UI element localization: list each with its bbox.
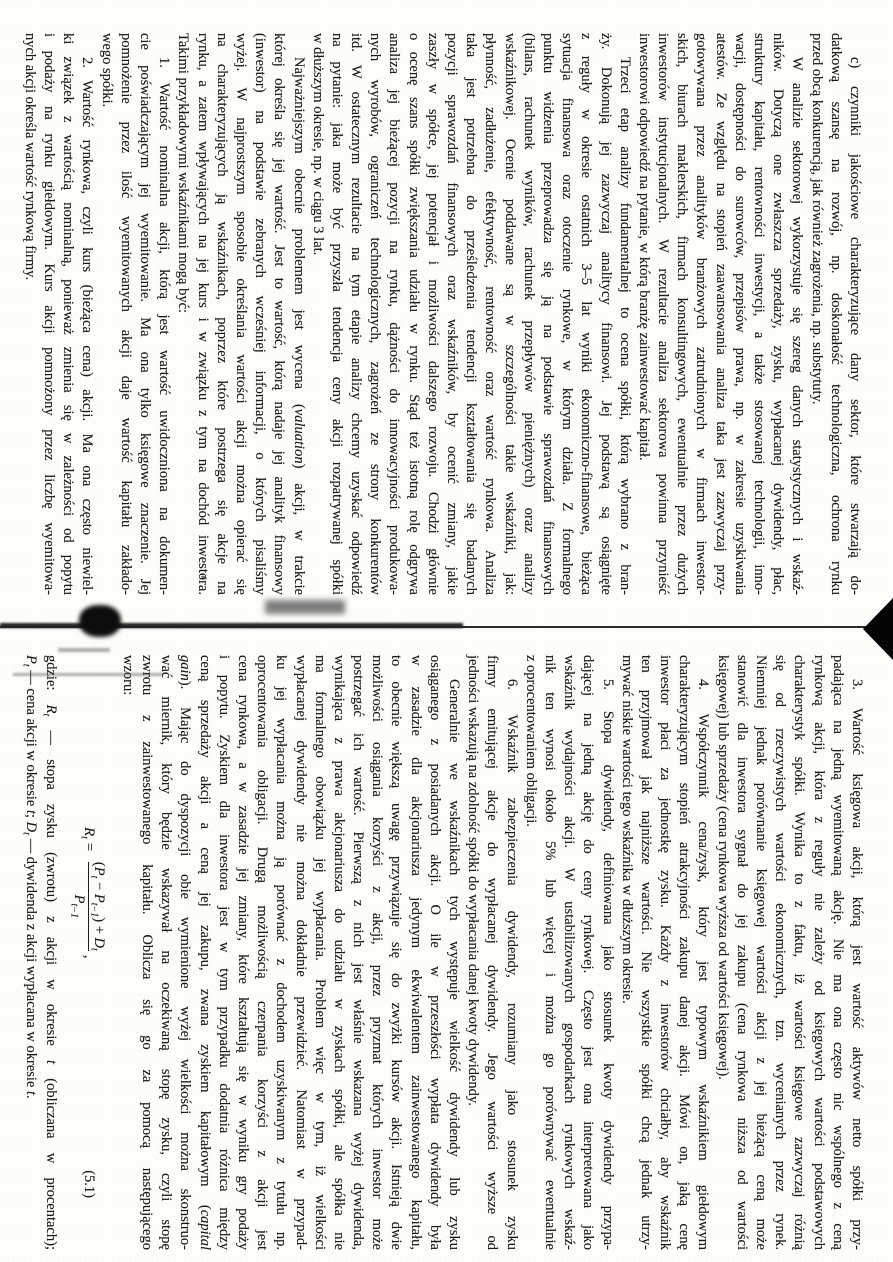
text-segment: 2. Wartość rynkowa, czyli kurs (bieżąca … — [80, 57, 96, 595]
text-segment: wskaźnik wydajności akcji. W ustabilizow… — [561, 655, 577, 1250]
text-segment: − — [91, 878, 107, 893]
text-line: z reguły w okresie ostatnich 3–5 lat wyn… — [576, 33, 595, 595]
text-line: oprocentowania obligacji. Drugą możliwoś… — [252, 655, 271, 1250]
spine-line-thick-segment — [0, 623, 463, 628]
text-line: 1. Wartość nominalna akcji, którą jest w… — [154, 33, 173, 595]
italic-text: t−1 — [69, 904, 80, 919]
text-line: ników. Dotyczą one zwłaszcza sprzedaży, … — [768, 33, 787, 595]
text-segment: jedności wskazują na zdolność spółki do … — [465, 655, 481, 1106]
text-line: inwestorów instytucjonalnych. W rezultac… — [653, 33, 672, 595]
text-segment: — dywidenda z akcji wypłacana w okresie — [24, 835, 40, 1091]
text-line: wypłacanej dywidendy nie można dokładnie… — [290, 655, 309, 1250]
text-line: cena rynkowa, a w zasadzie jej zmiany, k… — [233, 655, 252, 1250]
text-line: rynkową akcji, która z reguły nie zależy… — [808, 655, 827, 1250]
text-segment: taka jest potrzebna do prześledzenia ten… — [463, 33, 479, 595]
text-line: wskaźnikowej. Ocenie poddawane są w szcz… — [499, 33, 518, 595]
text-segment: W analizie sektorowej wykorzystuje się s… — [789, 57, 805, 595]
text-segment: ki związek z wartością nominalną, poniew… — [60, 33, 76, 595]
text-line: itd. W ostatecznym rezultacie na tym eta… — [346, 33, 365, 595]
text-segment: to obecnie większą uwagę przywiązuje się… — [389, 655, 405, 1250]
text-line: osiąganego z posiadanych akcji. O ile w … — [425, 655, 444, 1250]
text-line: się od rzeczywistych wartości ekonomiczn… — [770, 655, 789, 1250]
text-line: gdzie: Rt — stopa zysku (zwrotu) z akcji… — [41, 655, 60, 1250]
text-segment: z reguły w okresie ostatnich 3–5 lat wyn… — [578, 33, 594, 595]
text-segment: gotowywana przez analityków branżowych z… — [694, 33, 710, 595]
text-segment: ceną sprzedaży akcji a ceną jej zakupu, … — [197, 655, 213, 1210]
text-line: ki związek z wartością nominalną, poniew… — [58, 33, 77, 595]
text-segment: 1. Wartość nominalna akcji, którą jest w… — [156, 57, 172, 595]
text-segment: zaszły w spółce, jej potencjał i możliwo… — [425, 33, 441, 595]
text-line: c) czynniki jakościowe charakteryzujące … — [845, 33, 864, 595]
text-segment: na charakteryzujących ją wskaźnikach, po… — [214, 33, 230, 595]
text-line: na pytanie: jaka może być przyszła tende… — [327, 33, 346, 595]
text-line: sytuacja finansowa oraz otoczenie rynkow… — [557, 33, 576, 595]
text-line: wskaźnik wydajności akcji. W ustabilizow… — [559, 655, 578, 1250]
text-segment: charakteryzującym stopień atrakcyjności … — [676, 655, 692, 1250]
text-line: struktury kapitału, rentowności inwestyc… — [749, 33, 768, 595]
text-segment: ników. Dotyczą one zwłaszcza sprzedaży, … — [770, 33, 786, 595]
text-segment: wacji, dostępności do surowców, przepisó… — [732, 33, 748, 595]
text-segment: struktury kapitału, rentowności inwestyc… — [751, 33, 767, 595]
text-segment: cena rynkowa, a w zasadzie jej zmiany, k… — [235, 655, 251, 1250]
page-right-text-upper: 3. Wartość księgowa akcji, którą jest wa… — [118, 655, 866, 1250]
text-segment: skich, biurach maklerskich, firmach kons… — [674, 33, 690, 595]
text-segment: o ocenę szans spółki zwiększania udziału… — [406, 33, 422, 595]
text-line: charakteryzującym stopień atrakcyjności … — [674, 655, 693, 1250]
scan-background: { "colors": { "paper": "#fdfdfb", "ink":… — [0, 0, 893, 1262]
text-line: ma formalnego obowiązku jej wypłacania. … — [310, 655, 329, 1250]
text-segment: — cena akcji w okresie — [24, 667, 40, 810]
text-line: przed obcą konkurencją, jak również zagr… — [806, 33, 825, 595]
text-segment: Takimi przykładowymi wskaźnikami mogą by… — [175, 33, 191, 313]
text-line: Najważniejszym obecnie problemem jest wy… — [288, 33, 307, 595]
text-segment: atestów. Ze względu na stopień zaawansow… — [713, 33, 729, 595]
text-segment: Niemniej jednak porównanie księgowej war… — [753, 655, 769, 1250]
text-segment: 5. Stopa dywidendy, definiowana jako sto… — [600, 679, 616, 1250]
text-line: padająca na jedną wyemitowaną akcję. Nie… — [828, 655, 847, 1250]
text-line: wynikająca z prawa akcjonariusza do udzi… — [329, 655, 348, 1250]
text-segment: pozycji sprawozdań finansowych oraz wska… — [444, 33, 460, 595]
text-segment: firmy emitującej akcje do wypłacanej dyw… — [484, 655, 500, 1250]
text-segment: mywać niskie wartości tego wskaźnika w d… — [619, 655, 635, 1004]
fraction-numerator: (Pt − Pt−1) + Dt — [90, 862, 107, 951]
text-segment: charakterystyk spółki. Wynika to z faktu… — [791, 655, 807, 1250]
gutter-streak — [13, 673, 163, 676]
text-line: o ocenę szans spółki zwiększania udziału… — [404, 33, 423, 595]
text-segment: inwestorowi odpowiedź na pytanie, w któr… — [636, 33, 652, 461]
text-segment: cie poświadczającym jej wyemitowanie. Ma… — [137, 33, 153, 595]
text-line: której określa się jej wartość. Jest to … — [269, 33, 288, 595]
text-segment: której określa się jej wartość. Jest to … — [271, 33, 287, 595]
text-line: wać miernik, który będzie wskazywał na o… — [156, 655, 175, 1250]
text-line: datkową szansę na rozwój, np. doskonałoś… — [826, 33, 845, 595]
fraction: (Pt − Pt−1) + Dt Pt−1 — [70, 862, 107, 951]
text-segment: ) akcji, w trakcie — [291, 464, 307, 595]
text-segment: nych akcji określa wartość rynkową firmy… — [22, 33, 38, 280]
text-line: ży. Dokonują jej zazwyczaj analitycy fin… — [595, 33, 614, 595]
text-line: postrzegać ich wartość. Pierwszą z nich … — [348, 655, 367, 1250]
italic-text: P — [91, 867, 107, 876]
text-line: stanowić dla inwestora sygnał do jej zak… — [732, 655, 751, 1250]
italic-text: R — [81, 827, 97, 836]
text-segment: w zasadzie dla akcjonariusza jedynym ekw… — [408, 655, 424, 1250]
text-line: punktu widzenia przeprowadza się ją na p… — [538, 33, 557, 595]
text-line: 2. Wartość rynkowa, czyli kurs (bieżąca … — [77, 33, 96, 595]
text-segment: ma formalnego obowiązku jej wypłacania. … — [312, 655, 328, 1250]
text-segment: w dłuższym okresie, np. w ciągu 3 lat. — [310, 33, 326, 255]
spine-smudge — [265, 600, 345, 614]
text-line: 4. Współczynnik cena/zysk, który jest ty… — [693, 655, 712, 1250]
text-line: z oprocentowaniem obligacji. — [521, 655, 540, 1250]
text-segment: księgowej) lub sprzedaży (cena rynkowa w… — [715, 655, 731, 1080]
text-line: i popytu. Zyskiem dla inwestora jest w t… — [214, 655, 233, 1250]
text-segment: gdzie: — [43, 655, 59, 705]
text-segment: na pytanie: jaka może być przyszła tende… — [329, 33, 345, 595]
text-line: cie poświadczającym jej wyemitowanie. Ma… — [135, 33, 154, 595]
text-segment: itd. W ostatecznym rezultacie na tym eta… — [348, 33, 364, 595]
italic-text: t — [89, 948, 100, 951]
text-segment: inwestor płaci za jednostkę zysku. Każdy… — [657, 655, 673, 1250]
equation-trailing-comma: , — [80, 955, 97, 959]
text-segment: ) + — [91, 917, 107, 937]
text-line: pomnożenie przez ilość wyemitowanych akc… — [116, 33, 135, 595]
text-segment: ten przyjmował jak najniższe wartości. N… — [638, 655, 654, 1250]
text-segment: wyżej. W najprostszym sposobie określani… — [233, 33, 249, 595]
text-segment: ży. Dokonują jej zazwyczaj analitycy fin… — [598, 33, 614, 595]
text-segment: się od rzeczywistych wartości ekonomiczn… — [772, 655, 788, 1250]
text-line: w dłuższym okresie, np. w ciągu 3 lat. — [308, 33, 327, 595]
text-segment: z oprocentowaniem obligacji. — [523, 655, 539, 827]
text-line: gotowywana przez analityków branżowych z… — [691, 33, 710, 595]
text-line: wzoru: — [118, 655, 137, 1250]
text-segment: i popytu. Zyskiem dla inwestora jest w t… — [216, 655, 232, 1250]
page-left: c) czynniki jakościowe charakteryzujące … — [0, 33, 893, 595]
text-segment: wynikająca z prawa akcjonariusza do udzi… — [331, 655, 347, 1250]
text-line: i podaży na rynku giełdowym. Kurs akcji … — [39, 33, 58, 595]
text-line: charakterystyk spółki. Wynika to z faktu… — [789, 655, 808, 1250]
text-line: rynku, a zatem wpływających na jej kurs … — [192, 33, 211, 595]
text-line: Trzeci etap analizy fundamentalnej to oc… — [615, 33, 634, 595]
fraction-bar — [88, 862, 89, 951]
italic-text: P — [24, 655, 40, 664]
text-segment: wego spółki. — [99, 33, 115, 107]
italic-text: gain — [177, 655, 193, 681]
text-segment: postrzegać ich wartość. Pierwszą z nich … — [350, 655, 366, 1250]
text-segment: 4. Współczynnik cena/zysk, który jest ty… — [696, 679, 712, 1250]
text-line: Takimi przykładowymi wskaźnikami mogą by… — [173, 33, 192, 595]
text-segment: datkową szansę na rozwój, np. doskonałoś… — [828, 33, 844, 595]
text-segment: wypłacanej dywidendy nie można dokładnie… — [293, 655, 309, 1250]
text-segment: przed obcą konkurencją, jak również zagr… — [809, 33, 825, 405]
italic-text: R — [43, 705, 59, 714]
text-segment: nych wyrobów, ograniczeń technologicznyc… — [367, 33, 383, 595]
text-segment: . — [24, 1095, 40, 1099]
text-segment: możliwości osiągania korzyści z akcji, p… — [369, 655, 385, 1250]
text-segment: sytuacja finansowa oraz otoczenie rynkow… — [559, 33, 575, 595]
text-line: Generalnie we wskaźnikach tych występuje… — [444, 655, 463, 1250]
text-line: ku jej wypłacania można ją porównać z do… — [271, 655, 290, 1250]
italic-text: P — [91, 894, 107, 903]
text-segment: dającej na jedną akcję do ceny rynkowej.… — [580, 655, 596, 1250]
equation-number: (5.1) — [80, 1170, 97, 1198]
text-segment: zwrotu z zainwestowanego kapitału. Oblic… — [139, 655, 155, 1250]
text-segment: analiza jej bieżącej pozycji na rynku, d… — [387, 33, 403, 595]
text-segment: — stopa zysku (zwrotu) z akcji w okresie — [43, 716, 59, 1060]
text-segment: ). Mając do dyspozycji obie wymienione w… — [177, 681, 193, 1250]
text-line: (bilans, rachunek wyników, rachunek prze… — [519, 33, 538, 595]
text-line: skich, biurach maklerskich, firmach kons… — [672, 33, 691, 595]
text-line: 3. Wartość księgowa akcji, którą jest wa… — [847, 655, 866, 1250]
equation-5-1: Rt = (Pt − Pt−1) + Dt Pt−1 , (5.1) — [66, 655, 112, 1250]
text-line: nik ten wynosi około 5% lub więcej i moż… — [540, 655, 559, 1250]
text-segment: wskaźnikowej. Ocenie poddawane są w szcz… — [502, 33, 518, 595]
text-segment: płynność, zadłużenie, efektywność, rento… — [482, 33, 498, 595]
text-line: możliwości osiągania korzyści z akcji, p… — [367, 655, 386, 1250]
text-line: wacji, dostępności do surowców, przepisó… — [730, 33, 749, 595]
text-line: 6. Wskaźnik zabezpieczenia dywidendy, ro… — [501, 655, 520, 1250]
text-line: pozycji sprawozdań finansowych oraz wska… — [442, 33, 461, 595]
text-line: atestów. Ze względu na stopień zaawansow… — [711, 33, 730, 595]
text-line: na charakteryzujących ją wskaźnikach, po… — [212, 33, 231, 595]
text-line: wyżej. W najprostszym sposobie określani… — [231, 33, 250, 595]
text-segment: rynkową akcji, która z reguły nie zależy… — [811, 655, 827, 1250]
text-segment: (inwestor) na podstawie zebranych wcześn… — [252, 33, 268, 595]
text-segment: stanowić dla inwestora sygnał do jej zak… — [734, 655, 750, 1250]
text-segment: ; — [24, 814, 40, 822]
text-line: księgowej) lub sprzedaży (cena rynkowa w… — [713, 655, 732, 1250]
text-line: (inwestor) na podstawie zebranych wcześn… — [250, 33, 269, 595]
text-segment: Generalnie we wskaźnikach tych występuje… — [446, 679, 462, 1250]
text-segment: oprocentowania obligacji. Drugą możliwoś… — [254, 655, 270, 1250]
text-line: gain). Mając do dyspozycji obie wymienio… — [175, 655, 194, 1250]
text-line: analiza jej bieżącej pozycji na rynku, d… — [384, 33, 403, 595]
text-line: ceną sprzedaży akcji a ceną jej zakupu, … — [194, 655, 213, 1250]
italic-text: D — [24, 822, 40, 832]
text-line: taka jest potrzebna do prześledzenia ten… — [461, 33, 480, 595]
text-segment: 3. Wartość księgowa akcji, którą jest wa… — [849, 679, 865, 1250]
text-line: ten przyjmował jak najniższe wartości. N… — [636, 655, 655, 1250]
text-line: zaszły w spółce, jej potencjał i możliwo… — [423, 33, 442, 595]
text-line: 5. Stopa dywidendy, definiowana jako sto… — [597, 655, 616, 1250]
text-segment: (obliczana w procentach); — [43, 1064, 59, 1250]
text-line: to obecnie większą uwagę przywiązuje się… — [386, 655, 405, 1250]
text-segment: Trzeci etap analizy fundamentalnej to oc… — [617, 57, 633, 595]
text-line: mywać niskie wartości tego wskaźnika w d… — [617, 655, 636, 1250]
text-line: wego spółki. — [97, 33, 116, 595]
text-segment: pomnożenie przez ilość wyemitowanych akc… — [118, 33, 134, 595]
text-segment: inwestorów instytucjonalnych. W rezultac… — [655, 33, 671, 595]
italic-text: D — [91, 938, 107, 948]
book-spread: c) czynniki jakościowe charakteryzujące … — [0, 0, 893, 1262]
text-line: Niemniej jednak porównanie księgowej war… — [751, 655, 770, 1250]
spine-ink-blob — [79, 605, 121, 637]
italic-text: P — [71, 895, 87, 904]
text-segment: rynku, a zatem wpływających na jej kurs … — [195, 33, 211, 595]
text-line: firmy emitującej akcje do wypłacanej dyw… — [482, 655, 501, 1250]
spine-wedge-mark — [863, 598, 893, 660]
gutter-streak — [58, 648, 110, 652]
text-segment: Najważniejszym obecnie problemem jest wy… — [291, 57, 307, 409]
equation-lhs: Rt = — [80, 827, 97, 855]
fraction-denominator: Pt−1 — [70, 895, 87, 918]
text-line: płynność, zadłużenie, efektywność, rento… — [480, 33, 499, 595]
text-line: nych wyrobów, ograniczeń technologicznyc… — [365, 33, 384, 595]
text-segment: 6. Wskaźnik zabezpieczenia dywidendy, ro… — [504, 679, 520, 1250]
page-left-text: c) czynniki jakościowe charakteryzujące … — [20, 33, 864, 595]
text-line: jedności wskazują na zdolność spółki do … — [463, 655, 482, 1250]
italic-text: valuation — [291, 409, 307, 464]
text-segment: nik ten wynosi około 5% lub więcej i moż… — [542, 655, 558, 1250]
text-segment: wać miernik, który będzie wskazywał na o… — [158, 655, 174, 1250]
text-segment: punktu widzenia przeprowadza się ją na p… — [540, 33, 556, 595]
text-line: inwestor płaci za jednostkę zysku. Każdy… — [655, 655, 674, 1250]
text-segment: ku jej wypłacania można ją porównać z do… — [273, 655, 289, 1250]
text-line: zwrotu z zainwestowanego kapitału. Oblic… — [137, 655, 156, 1250]
text-segment: osiąganego z posiadanych akcji. O ile w … — [427, 655, 443, 1250]
text-segment: = — [81, 839, 97, 855]
text-line: W analizie sektorowej wykorzystuje się s… — [787, 33, 806, 595]
text-segment: c) czynniki jakościowe charakteryzujące … — [847, 57, 863, 595]
italic-text: t−1 — [89, 903, 100, 918]
text-line: inwestorowi odpowiedź na pytanie, w któr… — [634, 33, 653, 595]
text-segment: i podaży na rynku giełdowym. Kurs akcji … — [41, 33, 57, 595]
text-segment: padająca na jedną wyemitowaną akcję. Nie… — [830, 655, 846, 1250]
text-line: w zasadzie dla akcjonariusza jedynym ekw… — [406, 655, 425, 1250]
page-right-text-lower: gdzie: Rt — stopa zysku (zwrotu) z akcji… — [21, 655, 59, 1250]
italic-text: capital — [197, 1210, 213, 1250]
text-line: Pt — cena akcji w okresie t; Dt — dywide… — [21, 655, 40, 1250]
text-segment: (bilans, rachunek wyników, rachunek prze… — [521, 33, 537, 595]
text-line: nych akcji określa wartość rynkową firmy… — [20, 33, 39, 595]
page-right: 3. Wartość księgowa akcji, którą jest wa… — [0, 655, 893, 1250]
text-line: dającej na jedną akcję do ceny rynkowej.… — [578, 655, 597, 1250]
